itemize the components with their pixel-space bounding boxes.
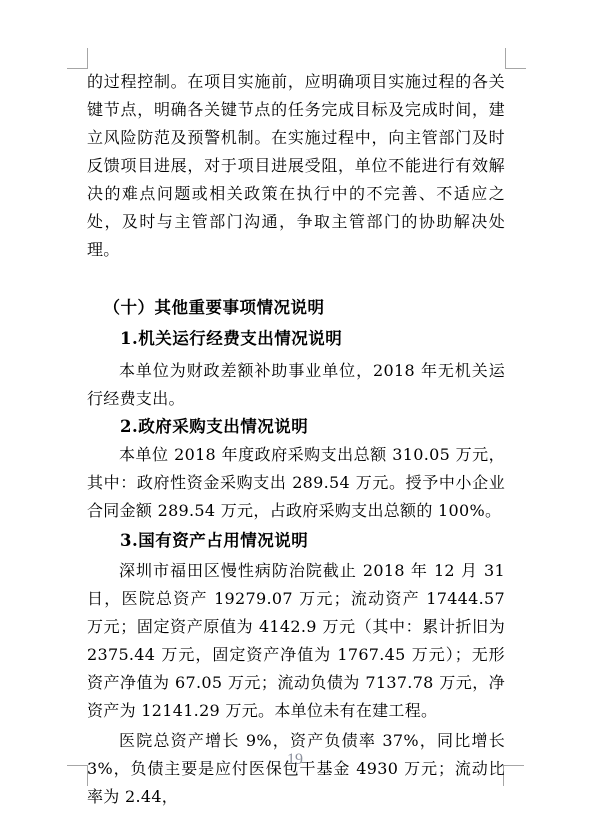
continuation-paragraph: 的过程控制。在项目实施前，应明确项目实施过程的各关键节点，明确各关键节点的任务完…: [87, 68, 505, 264]
document-page: 的过程控制。在项目实施前，应明确项目实施过程的各关键节点，明确各关键节点的任务完…: [0, 0, 590, 817]
section-heading-other-important-matters: （十）其他重要事项情况说明: [87, 294, 505, 322]
subsection-2-paragraph: 本单位 2018 年度政府采购支出总额 310.05 万元，其中：政府性资金采购…: [87, 441, 505, 525]
text-boundary-mark-top-left: [67, 48, 88, 69]
subsection-1-heading: 1.机关运行经费支出情况说明: [87, 325, 505, 353]
text-boundary-mark-top-right: [505, 48, 526, 69]
subsection-1-paragraph: 本单位为财政差额补助事业单位，2018 年无机关运行经费支出。: [87, 357, 505, 413]
subsection-3-paragraph-1: 深圳市福田区慢性病防治院截止 2018 年 12 月 31 日，医院总资产 19…: [87, 557, 505, 725]
subsection-3-heading: 3.国有资产占用情况说明: [87, 527, 505, 555]
text-body: 的过程控制。在项目实施前，应明确项目实施过程的各关键节点，明确各关键节点的任务完…: [87, 68, 505, 811]
page-number: 19: [0, 748, 590, 772]
subsection-2-heading: 2.政府采购支出情况说明: [87, 413, 505, 441]
